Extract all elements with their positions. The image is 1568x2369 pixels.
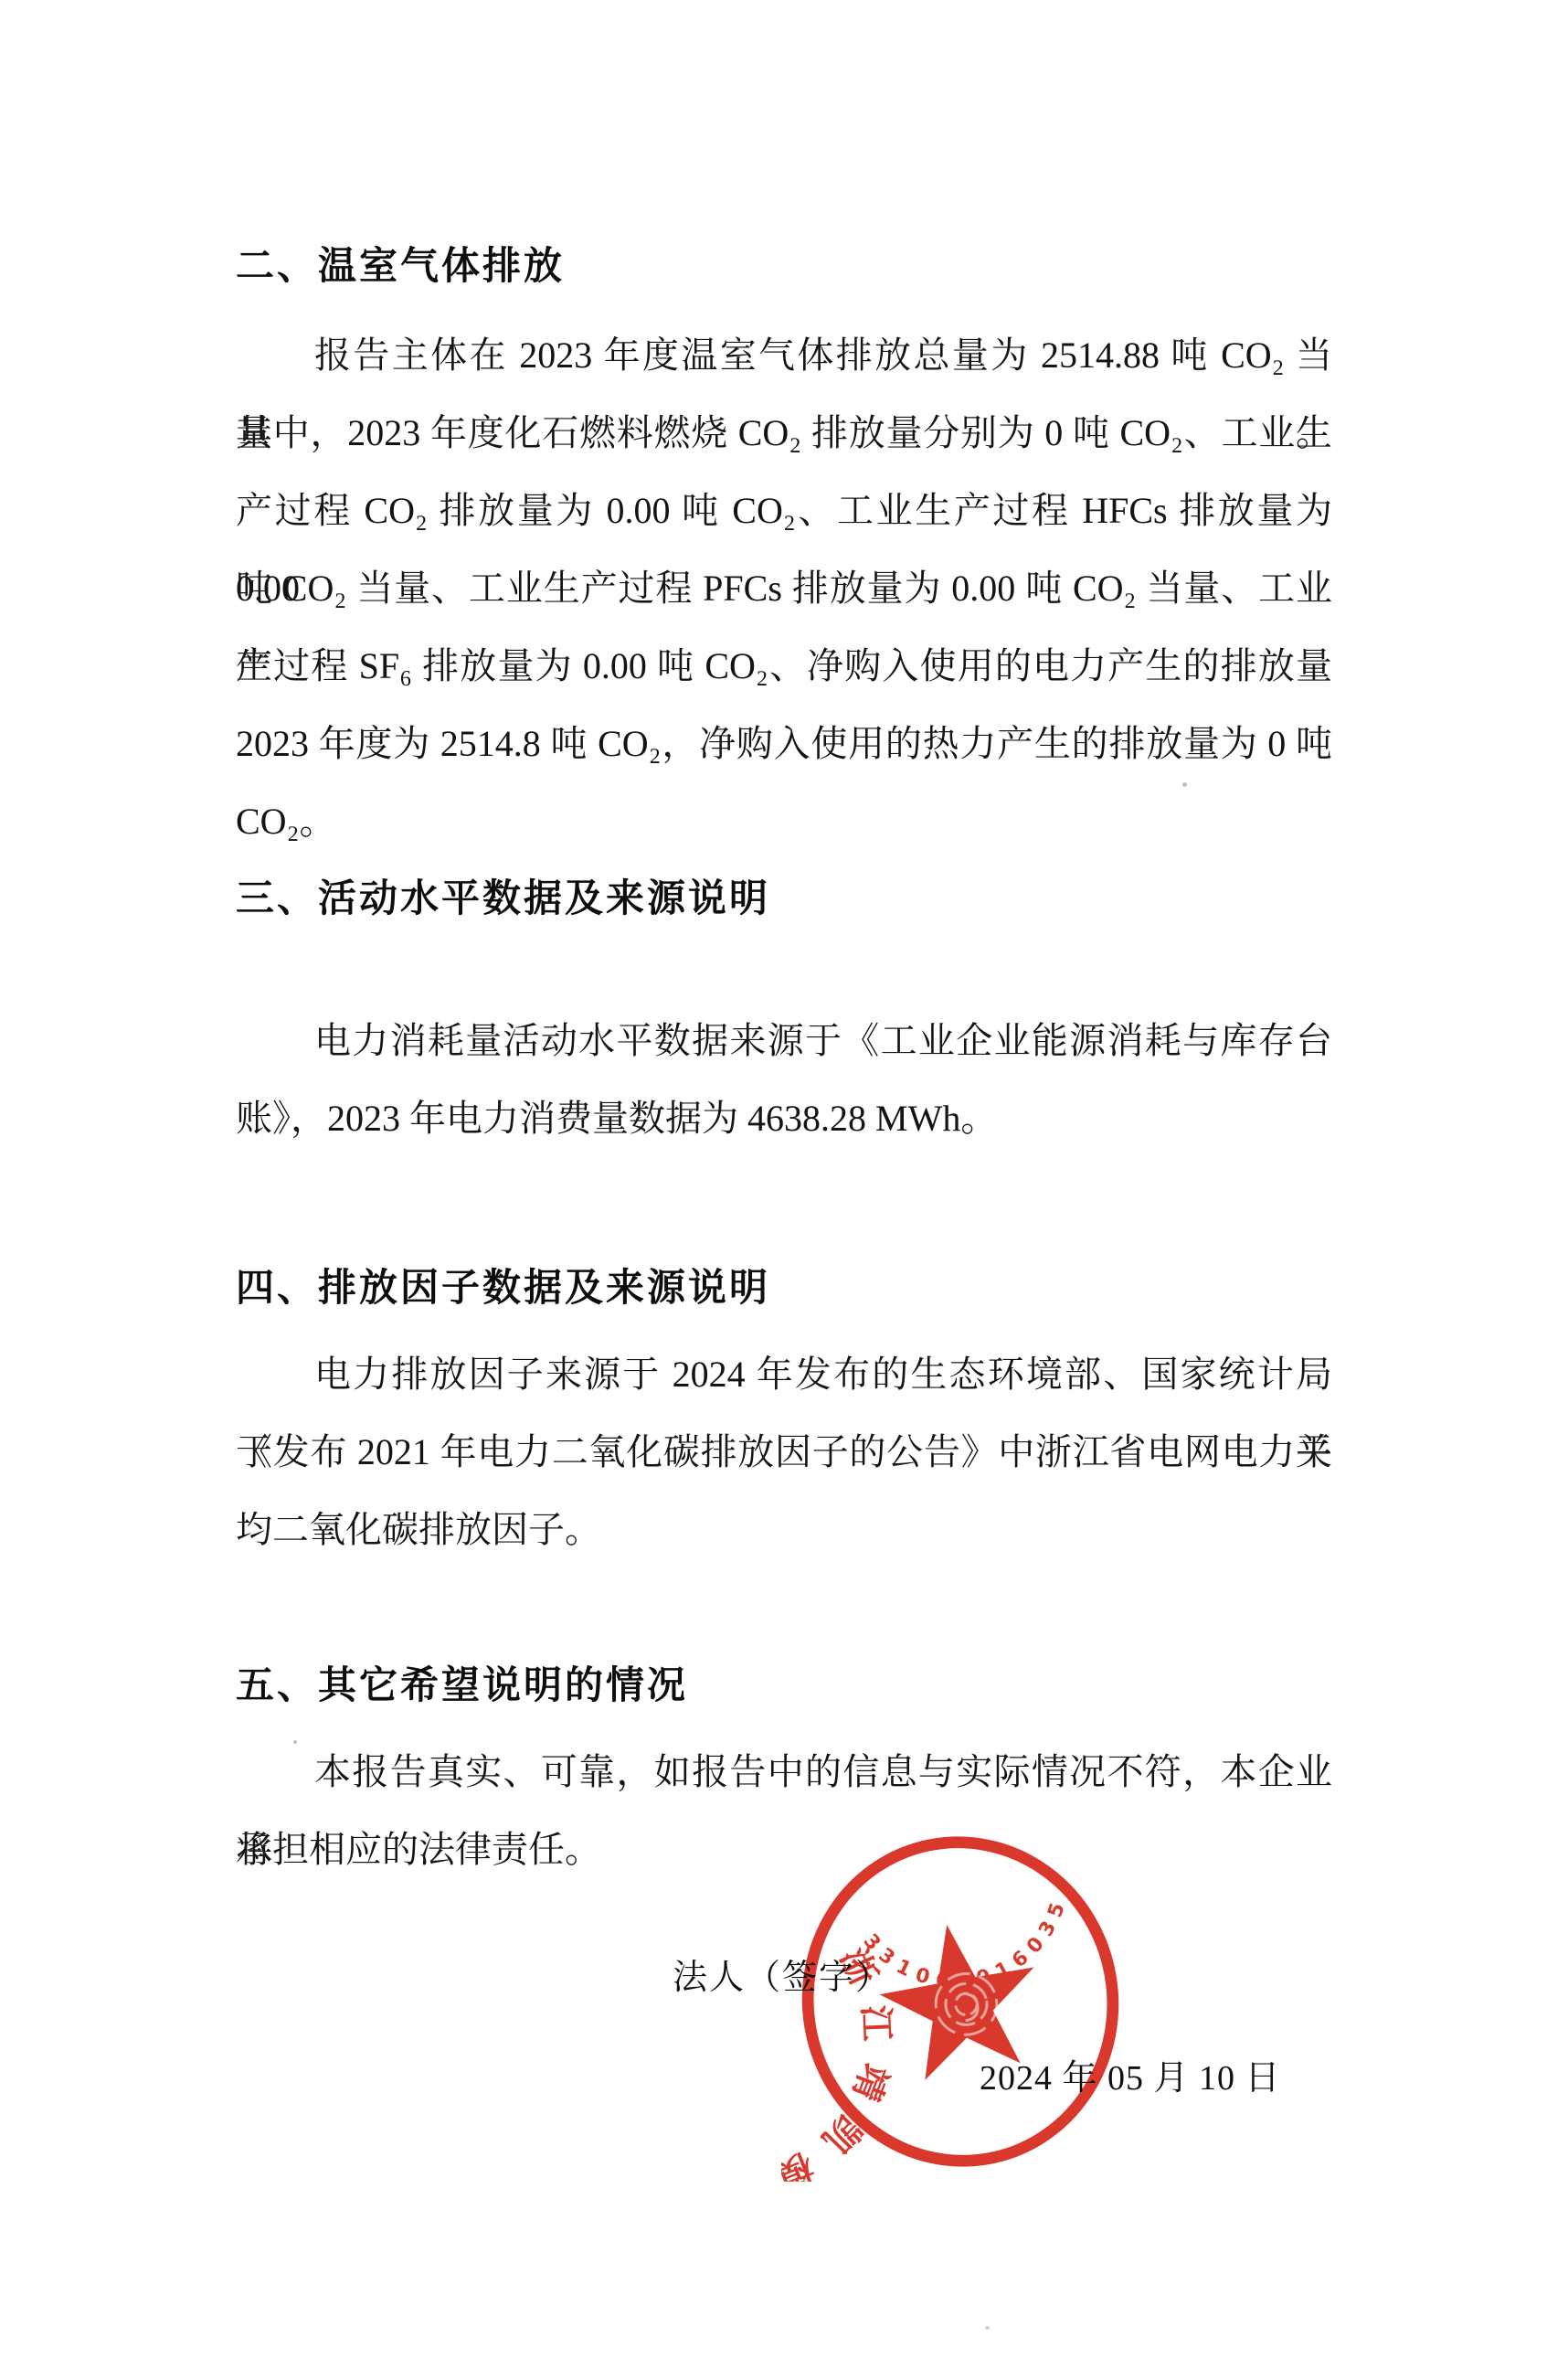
paragraph-line: 电力排放因子来源于 2024 年发布的生态环境部、国家统计局《关 <box>236 1335 1332 1413</box>
paragraph-line: 电力消耗量活动水平数据来源于《工业企业能源消耗与库存台 <box>236 1002 1332 1079</box>
seal-svg: 浙江靖凯模塑科技有限公司 331001016035 <box>781 1822 1139 2182</box>
ink-speck <box>1182 782 1187 787</box>
paragraph-line: 报告主体在 2023 年度温室气体排放总量为 2514.88 吨 CO₂ 当量。 <box>236 316 1332 394</box>
section-heading-2: 二、温室气体排放 <box>236 247 565 285</box>
paragraph-line: 于发布 2021 年电力二氧化碳排放因子的公告》中浙江省电网电力平 <box>236 1413 1332 1491</box>
paragraph-line: 2023 年度为 2514.8 吨 CO₂，净购入使用的热力产生的排放量为 0 … <box>236 705 1332 782</box>
paragraph-line: CO₂。 <box>236 782 1332 860</box>
seal-company-text: 浙江靖凯模塑科技有限公司 <box>781 1850 926 2182</box>
paragraph-line: 吨 CO₂ 当量、工业生产过程 PFCs 排放量为 0.00 吨 CO₂ 当量、… <box>236 549 1332 627</box>
section-heading-3: 三、活动水平数据及来源说明 <box>236 879 770 918</box>
section-heading-4: 四、排放因子数据及来源说明 <box>236 1269 770 1307</box>
section-3-paragraph: 电力消耗量活动水平数据来源于《工业企业能源消耗与库存台 账》，2023 年电力消… <box>236 1002 1332 1157</box>
star-icon <box>870 1911 1050 2085</box>
paragraph-line: 产过程 SF₆ 排放量为 0.00 吨 CO₂、净购入使用的电力产生的排放量 <box>236 627 1332 705</box>
ink-speck <box>293 1740 297 1744</box>
paragraph-line: 均二氧化碳排放因子。 <box>236 1491 1332 1568</box>
company-seal-stamp: 浙江靖凯模塑科技有限公司 331001016035 <box>781 1822 1139 2182</box>
paragraph-line: 本报告真实、可靠，如报告中的信息与实际情况不符，本企业将 <box>236 1733 1332 1811</box>
section-2-paragraph: 报告主体在 2023 年度温室气体排放总量为 2514.88 吨 CO₂ 当量。… <box>236 316 1332 860</box>
section-4-paragraph: 电力排放因子来源于 2024 年发布的生态环境部、国家统计局《关 于发布 202… <box>236 1335 1332 1568</box>
paragraph-line: 账》，2023 年电力消费量数据为 4638.28 MWh。 <box>236 1079 1332 1157</box>
ink-speck <box>985 2326 990 2330</box>
section-heading-5: 五、其它希望说明的情况 <box>236 1666 688 1705</box>
paragraph-line: 其中，2023 年度化石燃料燃烧 CO₂ 排放量分别为 0 吨 CO₂、工业生 <box>236 394 1332 472</box>
document-page: 二、温室气体排放 报告主体在 2023 年度温室气体排放总量为 2514.88 … <box>0 0 1568 2369</box>
paragraph-line: 产过程 CO₂ 排放量为 0.00 吨 CO₂、工业生产过程 HFCs 排放量为… <box>236 472 1332 549</box>
